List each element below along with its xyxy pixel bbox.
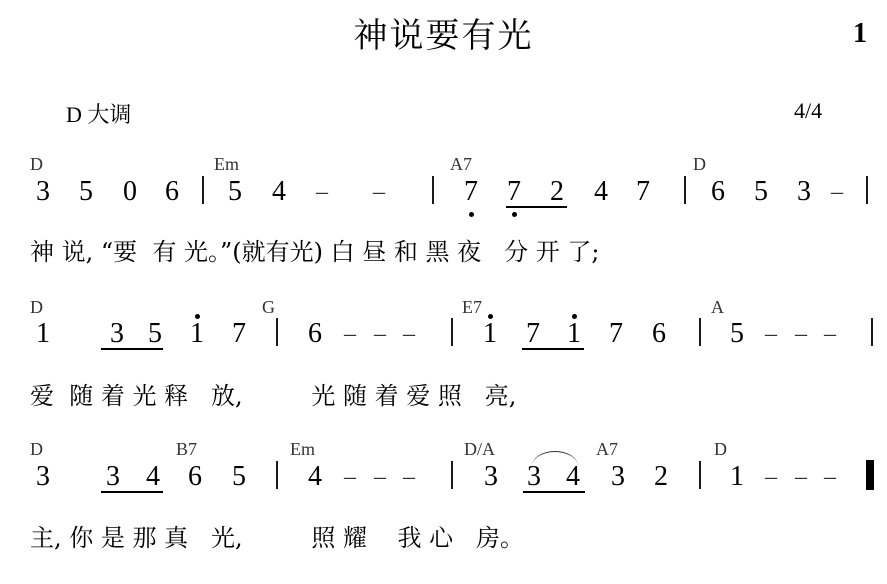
chord-label: D [30, 440, 43, 458]
note: 6 [304, 320, 326, 348]
chord-label: Em [214, 155, 239, 173]
bar-line [866, 176, 868, 204]
high-octave-dot [195, 314, 200, 319]
note: 1 [32, 320, 54, 348]
note: 3 [607, 463, 629, 491]
chord-label: A [711, 298, 724, 316]
note: 5 [75, 178, 97, 206]
chord-label: D [30, 155, 43, 173]
bar-line [451, 461, 453, 489]
low-octave-dot [512, 212, 517, 217]
bar-line [432, 176, 434, 204]
slur-arc [532, 451, 578, 466]
note: 7 [605, 320, 627, 348]
sustain-dash: – [824, 322, 836, 346]
note: 6 [707, 178, 729, 206]
note: 6 [184, 463, 206, 491]
bar-line [684, 176, 686, 204]
bar-line [276, 461, 278, 489]
note: 3 [793, 178, 815, 206]
note: 5 [750, 178, 772, 206]
note: 7 [228, 320, 250, 348]
sustain-dash: – [316, 180, 328, 204]
note: 7 [632, 178, 654, 206]
note: 4 [268, 178, 290, 206]
sustain-dash: – [765, 322, 777, 346]
eighth-note-underline [522, 348, 584, 350]
note: 6 [648, 320, 670, 348]
sustain-dash: – [795, 465, 807, 489]
note: 5 [144, 320, 166, 348]
eighth-note-underline [101, 491, 163, 493]
sustain-dash: – [344, 322, 356, 346]
note: 1 [563, 320, 585, 348]
bar-line [276, 318, 278, 346]
high-octave-dot [572, 314, 577, 319]
note: 3 [523, 463, 545, 491]
chord-label: D [30, 298, 43, 316]
chord-label: Em [290, 440, 315, 458]
bar-line [871, 318, 873, 346]
note: 5 [228, 463, 250, 491]
bar-line [699, 318, 701, 346]
bar-line [202, 176, 204, 204]
time-signature: 4/4 [794, 98, 822, 124]
chord-label: D/A [464, 440, 495, 458]
note: 0 [119, 178, 141, 206]
lyric-line: 爱 随 着 光 释 放, 光 随 着 爱 照 亮, [30, 384, 516, 408]
sustain-dash: – [795, 322, 807, 346]
bar-line [699, 461, 701, 489]
sustain-dash: – [344, 465, 356, 489]
sustain-dash: – [374, 322, 386, 346]
note: 1 [186, 320, 208, 348]
note: 3 [32, 463, 54, 491]
note: 6 [161, 178, 183, 206]
key-signature: D 大调 [66, 98, 131, 129]
chord-label: D [693, 155, 706, 173]
note: 1 [479, 320, 501, 348]
low-octave-dot [469, 212, 474, 217]
note: 2 [650, 463, 672, 491]
note: 3 [106, 320, 128, 348]
note: 5 [726, 320, 748, 348]
sustain-dash: – [765, 465, 777, 489]
chord-label: G [262, 298, 275, 316]
bar-line [451, 318, 453, 346]
note: 1 [726, 463, 748, 491]
eighth-note-underline [101, 348, 163, 350]
eighth-note-underline [506, 206, 567, 208]
note: 4 [562, 463, 584, 491]
chord-label: A7 [596, 440, 618, 458]
note: 4 [142, 463, 164, 491]
lyric-line: 主, 你 是 那 真 光, 照 耀 我 心 房。 [30, 526, 524, 550]
sustain-dash: – [373, 180, 385, 204]
chord-label: E7 [462, 298, 482, 316]
sustain-dash: – [374, 465, 386, 489]
note: 4 [590, 178, 612, 206]
note: 3 [32, 178, 54, 206]
sustain-dash: – [831, 180, 843, 204]
eighth-note-underline [523, 491, 585, 493]
note: 3 [102, 463, 124, 491]
lyric-line: 神 说, “要 有 光。”(就有光) 白 昼 和 黑 夜 分 开 了; [30, 240, 599, 264]
note: 4 [304, 463, 326, 491]
note: 7 [522, 320, 544, 348]
note: 3 [480, 463, 502, 491]
chord-label: A7 [450, 155, 472, 173]
sustain-dash: – [403, 322, 415, 346]
chord-label: D [714, 440, 727, 458]
note: 7 [460, 178, 482, 206]
high-octave-dot [488, 314, 493, 319]
final-bar-line [866, 460, 874, 490]
sustain-dash: – [403, 465, 415, 489]
song-title: 神说要有光 [0, 8, 887, 57]
page-number: 1 [853, 18, 867, 50]
sustain-dash: – [824, 465, 836, 489]
note: 7 [503, 178, 525, 206]
chord-label: B7 [176, 440, 197, 458]
note: 2 [546, 178, 568, 206]
note: 5 [224, 178, 246, 206]
